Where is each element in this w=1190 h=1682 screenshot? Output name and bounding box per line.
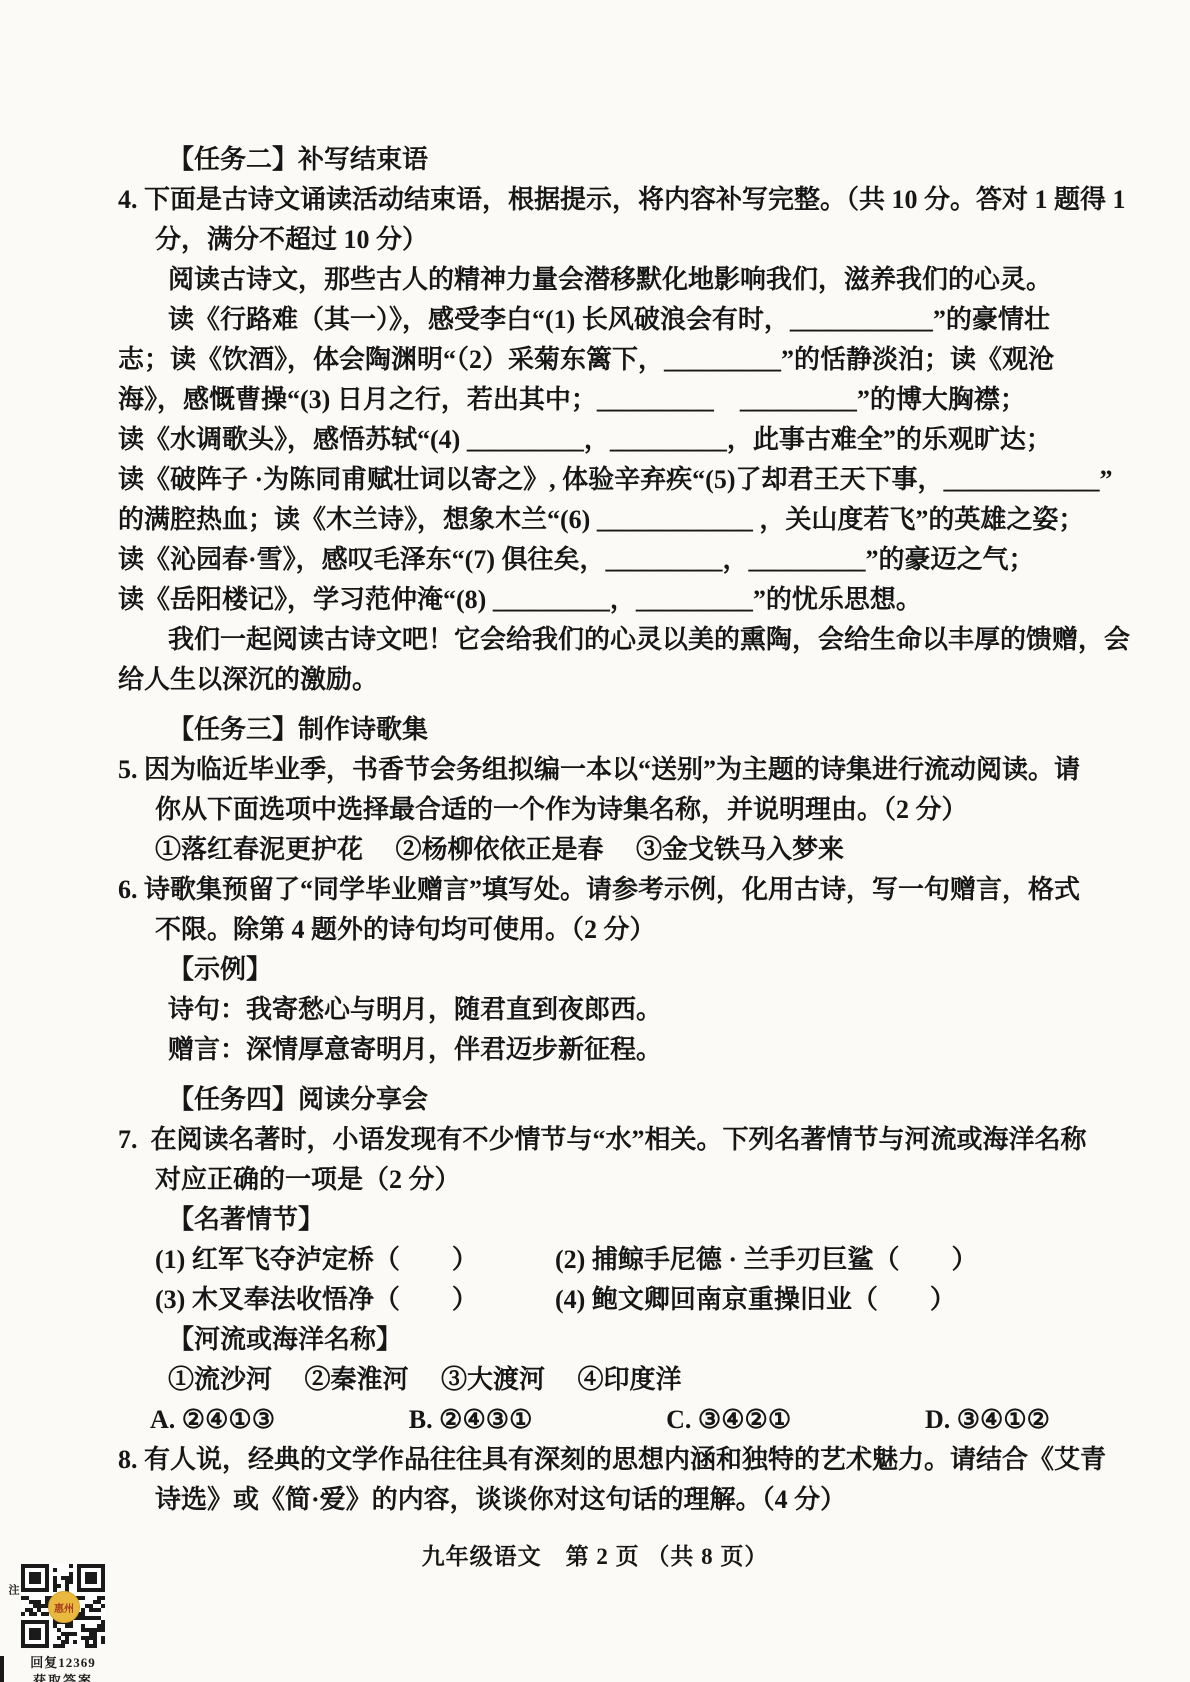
scan-artifact: [0, 1656, 4, 1682]
qr-caption-line2: 获取答案: [10, 1670, 116, 1682]
qr-logo-badge: 惠州: [48, 1591, 80, 1623]
qr-caption-line1: 回复12369: [10, 1652, 116, 1671]
text-line: (1) 红军飞夺泸定桥（ ）(2) 捕鲸手尼德 · 兰手刃巨鲨（ ）: [0, 1240, 1190, 1280]
text-line: 读《水调歌头》，感悟苏轼“(4) _________，_________，此事古…: [118, 420, 1190, 460]
text-line: 不限。除第 4 题外的诗句均可使用。（2 分）: [155, 910, 1190, 950]
text-line: 读《沁园春·雪》，感叹毛泽东“(7) 俱往矣，_________，_______…: [118, 540, 1190, 580]
exam-page: 【任务二】补写结束语4. 下面是古诗文诵读活动结束语，根据提示，将内容补写完整。…: [0, 0, 1190, 1682]
match-item-right: (4) 鲍文卿回南京重操旧业（ ）: [555, 1280, 956, 1320]
page-footer: 九年级语文 第 2 页 （共 8 页）: [0, 1538, 1190, 1571]
page-lines: 【任务二】补写结束语4. 下面是古诗文诵读活动结束语，根据提示，将内容补写完整。…: [0, 140, 1190, 1520]
text-line: 志；读《饮酒》，体会陶渊明“（2）采菊东篱下，_________”的恬静淡泊；读…: [118, 340, 1190, 380]
text-line: 5. 因为临近毕业季，书香节会务组拟编一本以“送别”为主题的诗集进行流动阅读。请: [118, 750, 1190, 790]
text-line: 读《行路难（其一）》，感受李白“(1) 长风破浪会有时，___________”…: [168, 300, 1190, 340]
text-line: 8. 有人说，经典的文学作品往往具有深刻的思想内涵和独特的艺术魅力。请结合《艾青: [118, 1440, 1190, 1480]
text-line: 海》，感慨曹操“(3) 日月之行，若出其中；_________ ________…: [118, 380, 1190, 420]
section-heading: 【名著情节】: [168, 1200, 1190, 1240]
text-line: 我们一起阅读古诗文吧！它会给我们的心灵以美的熏陶，会给生命以丰厚的馈赠，会: [168, 620, 1190, 660]
text-line: 阅读古诗文，那些古人的精神力量会潜移默化地影响我们，滋养我们的心灵。: [168, 260, 1190, 300]
choice-option: C. ③④②①: [666, 1400, 791, 1440]
text-line: 4. 下面是古诗文诵读活动结束语，根据提示，将内容补写完整。（共 10 分。答对…: [118, 180, 1190, 220]
text-line: 给人生以深沉的激励。: [118, 660, 1190, 700]
choice-option: A. ②④①③: [150, 1400, 275, 1440]
text-line: 的满腔热血；读《木兰诗》，想象木兰“(6) ____________ ，关山度若…: [118, 500, 1190, 540]
choice-option: D. ③④①②: [925, 1400, 1050, 1440]
section-heading: 【示例】: [168, 950, 1190, 990]
text-line: 读《岳阳楼记》，学习范仲淹“(8) _________，_________”的忧…: [118, 580, 1190, 620]
choice-option: B. ②④③①: [409, 1400, 533, 1440]
text-line: 7. 在阅读名著时，小语发现有不少情节与“水”相关。下列名著情节与河流或海洋名称: [118, 1120, 1190, 1160]
text-line: 你从下面选项中选择最合适的一个作为诗集名称，并说明理由。（2 分）: [155, 790, 1190, 830]
text-line: 6. 诗歌集预留了“同学毕业赠言”填写处。请参考示例，化用古诗，写一句赠言，格式: [118, 870, 1190, 910]
match-item-right: (2) 捕鲸手尼德 · 兰手刃巨鲨（ ）: [555, 1240, 978, 1280]
section-heading: 【任务四】阅读分享会: [168, 1080, 1190, 1120]
text-line: ①流沙河 ②秦淮河 ③大渡河 ④印度洋: [168, 1360, 1190, 1400]
section-heading: 【任务三】制作诗歌集: [168, 710, 1190, 750]
text-line: 赠言：深情厚意寄明月，伴君迈步新征程。: [168, 1030, 1190, 1070]
choice-row: A. ②④①③B. ②④③①C. ③④②①D. ③④①②: [150, 1400, 1050, 1440]
section-heading: 【任务二】补写结束语: [168, 140, 1190, 180]
text-line: (3) 木叉奉法收悟净（ ）(4) 鲍文卿回南京重操旧业（ ）: [0, 1280, 1190, 1320]
text-line: 分，满分不超过 10 分）: [155, 220, 1190, 260]
text-line: 对应正确的一项是（2 分）: [155, 1160, 1190, 1200]
text-line: 诗句：我寄愁心与明月，随君直到夜郎西。: [168, 990, 1190, 1030]
section-heading: 【河流或海洋名称】: [168, 1320, 1190, 1360]
text-line: 读《破阵子 ·为陈同甫赋壮词以寄之》, 体验辛弃疾“(5)了却君王天下事，___…: [118, 460, 1190, 500]
match-item-left: (3) 木叉奉法收悟净（ ）: [155, 1280, 478, 1320]
text-line: ①落红春泥更护花 ②杨柳依依正是春 ③金戈铁马入梦来: [155, 830, 1190, 870]
text-line: 诗选》或《简·爱》的内容，谈谈你对这句话的理解。（4 分）: [155, 1480, 1190, 1520]
match-item-left: (1) 红军飞夺泸定桥（ ）: [155, 1240, 478, 1280]
